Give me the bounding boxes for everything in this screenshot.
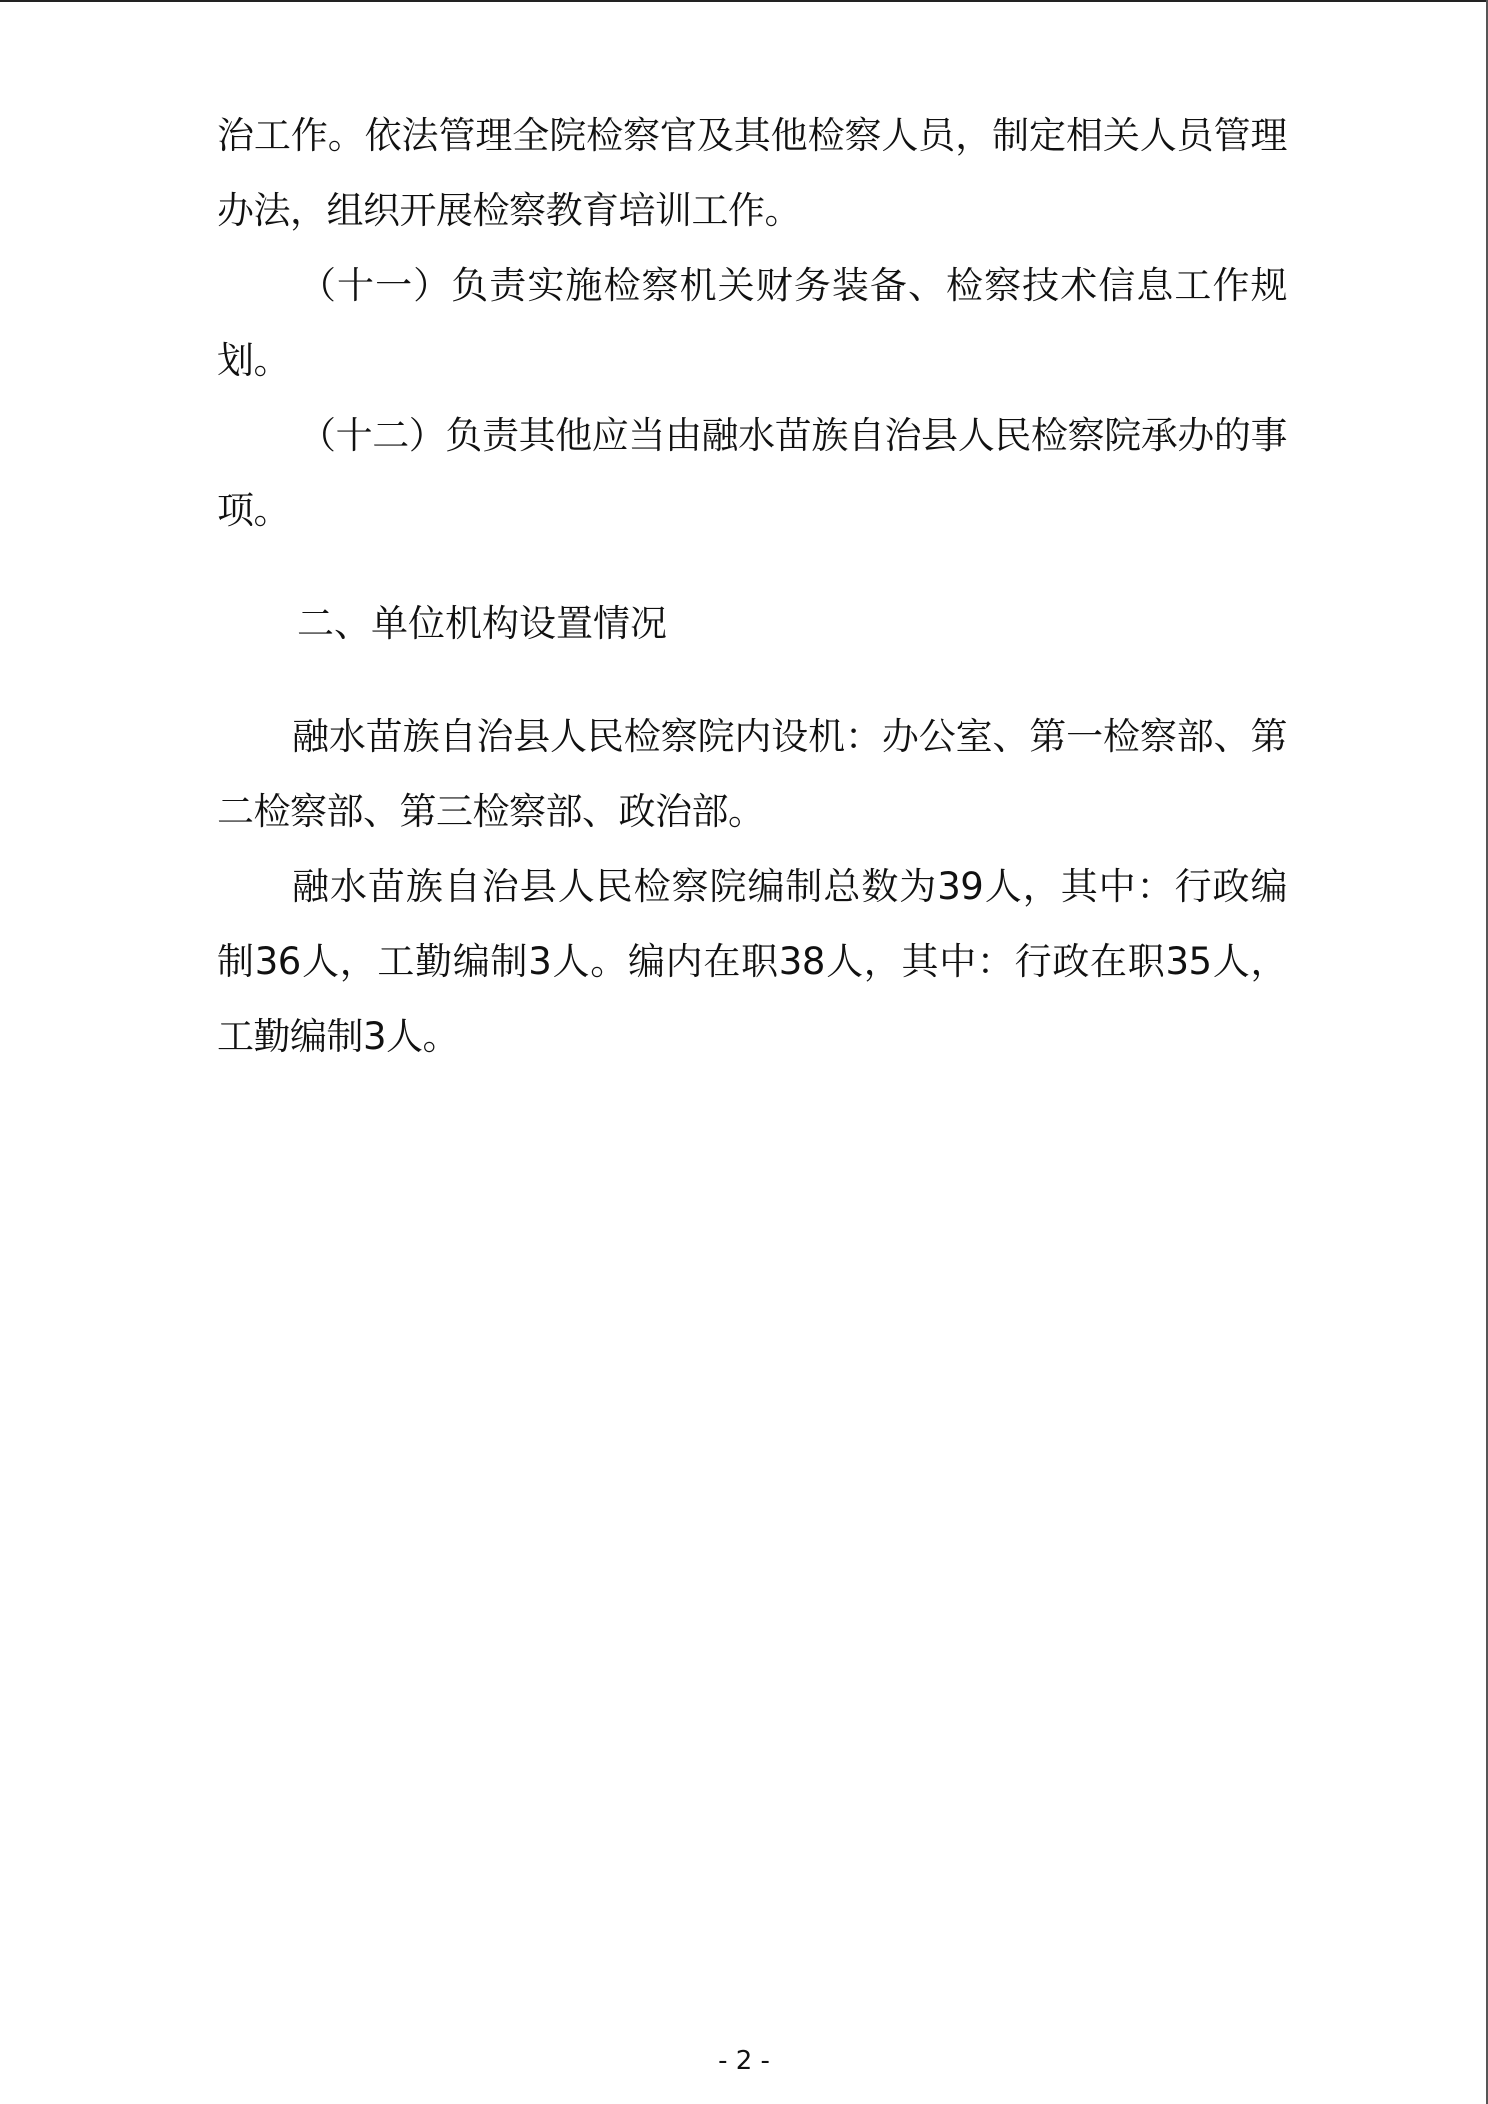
page-top-border — [0, 0, 1488, 2]
section-heading: 二、单位机构设置情况 — [217, 586, 1287, 661]
paragraph-departments: 融水苗族自治县人民检察院内设机：办公室、第一检察部、第二检察部、第三检察部、政治… — [217, 699, 1287, 849]
page-number: - 2 - — [0, 2046, 1488, 2076]
paragraph-item-11: （十一）负责实施检察机关财务装备、检察技术信息工作规划。 — [217, 248, 1287, 398]
document-page: 治工作。依法管理全院检察官及其他检察人员，制定相关人员管理办法，组织开展检察教育… — [217, 98, 1287, 1074]
paragraph-item-12: （十二）负责其他应当由融水苗族自治县人民检察院承办的事项。 — [217, 398, 1287, 548]
paragraph-staffing: 融水苗族自治县人民检察院编制总数为39人，其中：行政编制36人，工勤编制3人。编… — [217, 849, 1287, 1074]
paragraph-continued: 治工作。依法管理全院检察官及其他检察人员，制定相关人员管理办法，组织开展检察教育… — [217, 98, 1287, 248]
